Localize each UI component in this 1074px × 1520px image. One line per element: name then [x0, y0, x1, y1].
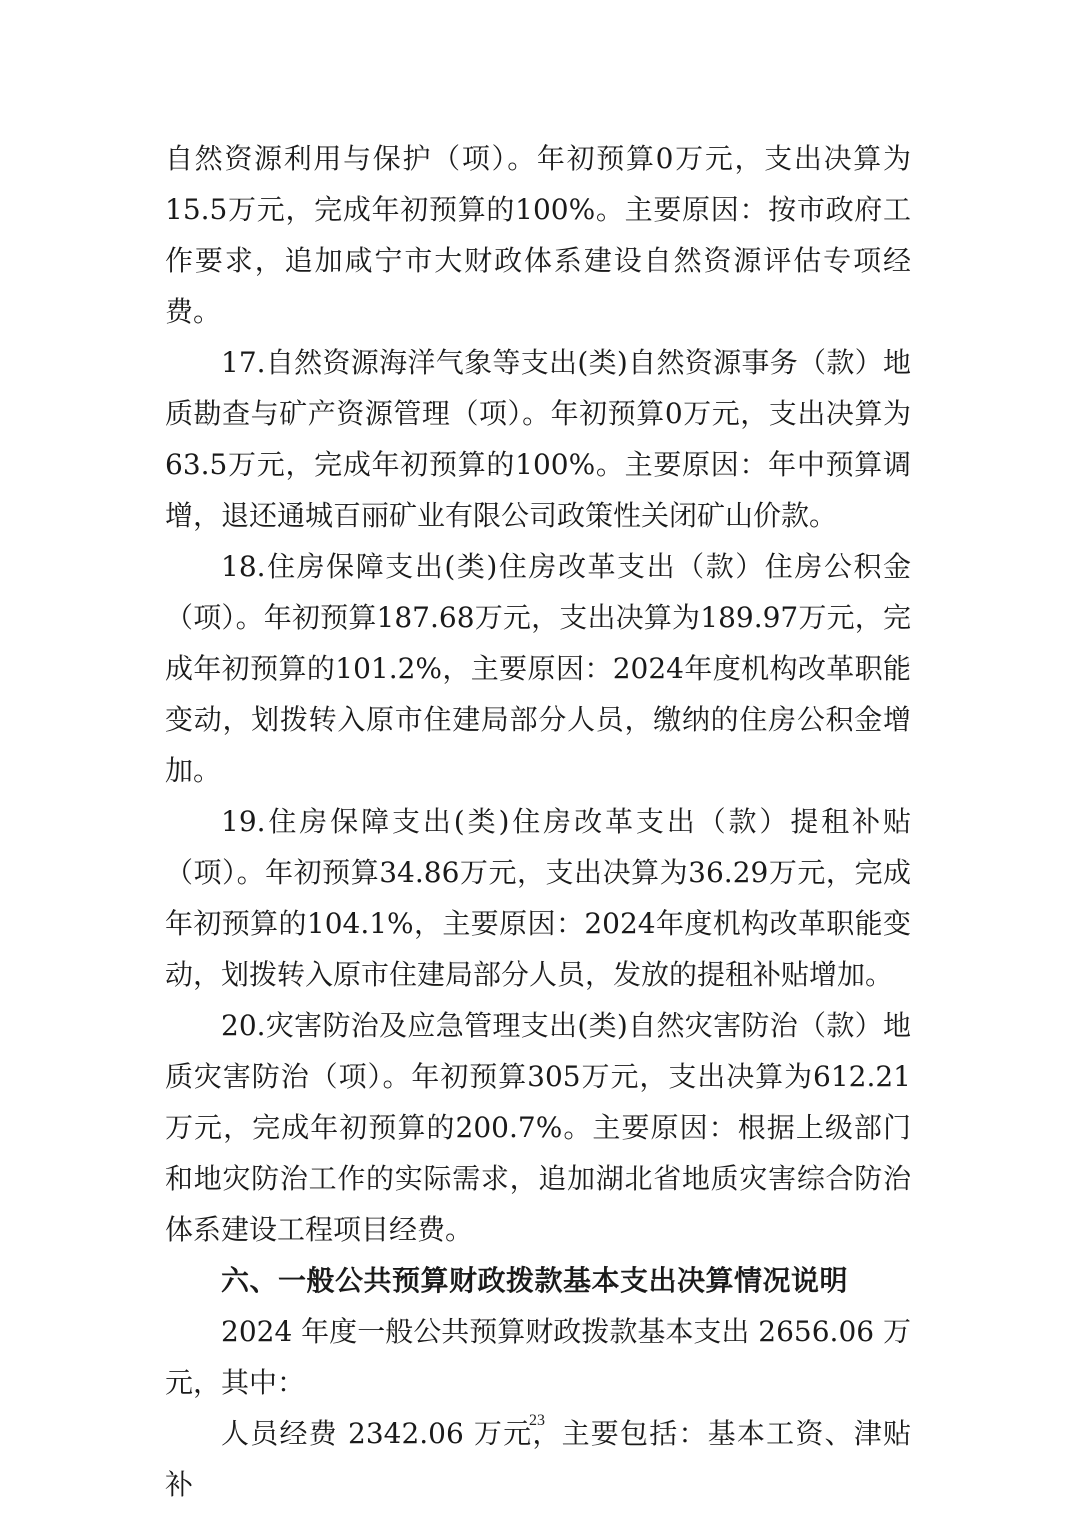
page-body: 自然资源利用与保护（项）。年初预算0万元，支出决算为15.5万元，完成年初预算的… — [165, 133, 911, 1510]
paragraph-item-16-continued: 自然资源利用与保护（项）。年初预算0万元，支出决算为15.5万元，完成年初预算的… — [165, 133, 911, 337]
section-heading: 六、一般公共预算财政拨款基本支出决算情况说明 — [165, 1255, 911, 1306]
paragraph-item-17: 17.自然资源海洋气象等支出(类)自然资源事务（款）地质勘查与矿产资源管理（项）… — [165, 337, 911, 541]
paragraph-item-18: 18.住房保障支出(类)住房改革支出（款）住房公积金（项）。年初预算187.68… — [165, 541, 911, 796]
document-page: 自然资源利用与保护（项）。年初预算0万元，支出决算为15.5万元，完成年初预算的… — [0, 0, 1074, 1520]
page-number: 23 — [0, 1412, 1074, 1430]
section-paragraph-total: 2024 年度一般公共预算财政拨款基本支出 2656.06 万元，其中： — [165, 1306, 911, 1408]
paragraph-item-20: 20.灾害防治及应急管理支出(类)自然灾害防治（款）地质灾害防治（项）。年初预算… — [165, 1000, 911, 1255]
paragraph-item-19: 19.住房保障支出(类)住房改革支出（款）提租补贴（项）。年初预算34.86万元… — [165, 796, 911, 1000]
